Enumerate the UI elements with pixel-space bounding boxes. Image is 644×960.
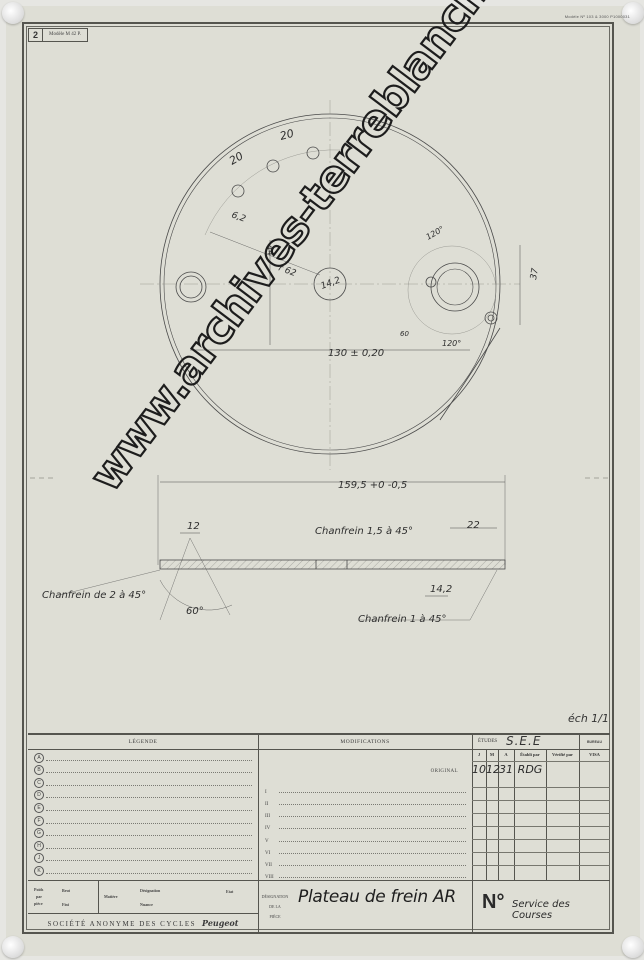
svg-text:60°: 60° [186,606,204,617]
svg-text:Chanfrein de 2 à 45°: Chanfrein de 2 à 45° [42,589,146,601]
bureau-label: BUREAU [579,735,610,750]
scale-note: éch 1/1 [568,712,609,725]
col-checked-by: Vérifié par [546,749,579,761]
svg-text:60: 60 [400,330,409,338]
modifications-header: MODIFICATIONS [258,735,472,750]
studies-label: ÉTUDES [478,739,497,744]
col-day: J [472,749,486,761]
legend-row: B [28,763,258,776]
piece-name: Plateau de frein AR [298,887,456,907]
modification-row: IV [258,819,472,831]
col-visa: VISA [579,749,610,761]
svg-text:120°: 120° [425,224,446,241]
svg-text:14,2: 14,2 [430,584,452,595]
svg-text:Chanfrein 1 à 45°: Chanfrein 1 à 45° [358,613,446,625]
legend-row: J [28,851,258,864]
studies-value: S.E.E [506,734,541,748]
legend-row: K [28,863,258,876]
modification-row: III [258,807,472,819]
number-label: N° [482,891,504,914]
piece-designation: DÉSIGNATION DE LA PIÈCE Plateau de frein… [258,880,610,934]
legend-row: G [28,826,258,839]
modification-row: VI [258,844,472,856]
hole-1 [232,185,244,197]
service-name: Service des Courses [512,899,610,921]
value-drawn-by: RDG [514,763,546,776]
legend-row: F [28,813,258,826]
company-name: SOCIÉTÉ ANONYME DES CYCLESPeugeot [28,914,258,934]
svg-text:20: 20 [227,149,246,167]
svg-text:Chanfrein 1,5 à 45°: Chanfrein 1,5 à 45° [315,525,413,537]
modification-row: VIII [258,868,472,880]
svg-text:37: 37 [529,267,541,280]
studies-header: ÉTUDES S.E.E [472,735,580,750]
legend-header: LÉGENDE [28,735,258,750]
svg-text:6,2: 6,2 [230,210,247,224]
legend-row: D [28,788,258,801]
modification-row: V [258,832,472,844]
svg-text:20: 20 [278,127,295,143]
legend-row: H [28,838,258,851]
col-year: A [498,749,514,761]
col-drawn-by: Établi par [514,749,546,761]
studies-grid: J M A Établi par Vérifié par VISA 10 12 … [472,749,610,880]
original-label: ORIGINAL [431,769,458,774]
modifications-section: MODIFICATIONS ORIGINAL I II III IV V VI … [258,735,473,880]
weight-box: Poids par pièce Brut Fini [28,881,99,914]
brand-logo: Peugeot [202,918,238,928]
svg-text:22: 22 [467,520,480,531]
legend-row: E [28,800,258,813]
legend-section: LÉGENDE A B C D E F G H J K [28,735,259,880]
modification-row: I [258,783,472,795]
col-month: M [486,749,498,761]
svg-text:120°: 120° [442,339,461,348]
modification-row: VII [258,856,472,868]
value-month: 12 [486,763,498,776]
legend-row: A [28,750,258,763]
svg-text:130 ± 0,20: 130 ± 0,20 [328,348,384,359]
svg-text:159,5 +0 -0,5: 159,5 +0 -0,5 [338,480,407,491]
value-day: 10 [472,763,486,776]
svg-text:14,2: 14,2 [320,275,343,291]
legend-row: C [28,775,258,788]
value-year: 31 [498,763,514,776]
material-box: Matière Désignation Etat Nuance [98,881,258,914]
designation-label: DÉSIGNATION DE LA PIÈCE [258,881,292,934]
studies-section: ÉTUDES S.E.E BUREAU J M A Établi par Vér… [472,735,610,880]
weight-material-section: Poids par pièce Brut Fini Matière Désign… [28,880,259,934]
modification-row: II [258,795,472,807]
svg-text:12: 12 [187,521,200,532]
title-block: LÉGENDE A B C D E F G H J K MODIFICATION… [28,733,610,933]
